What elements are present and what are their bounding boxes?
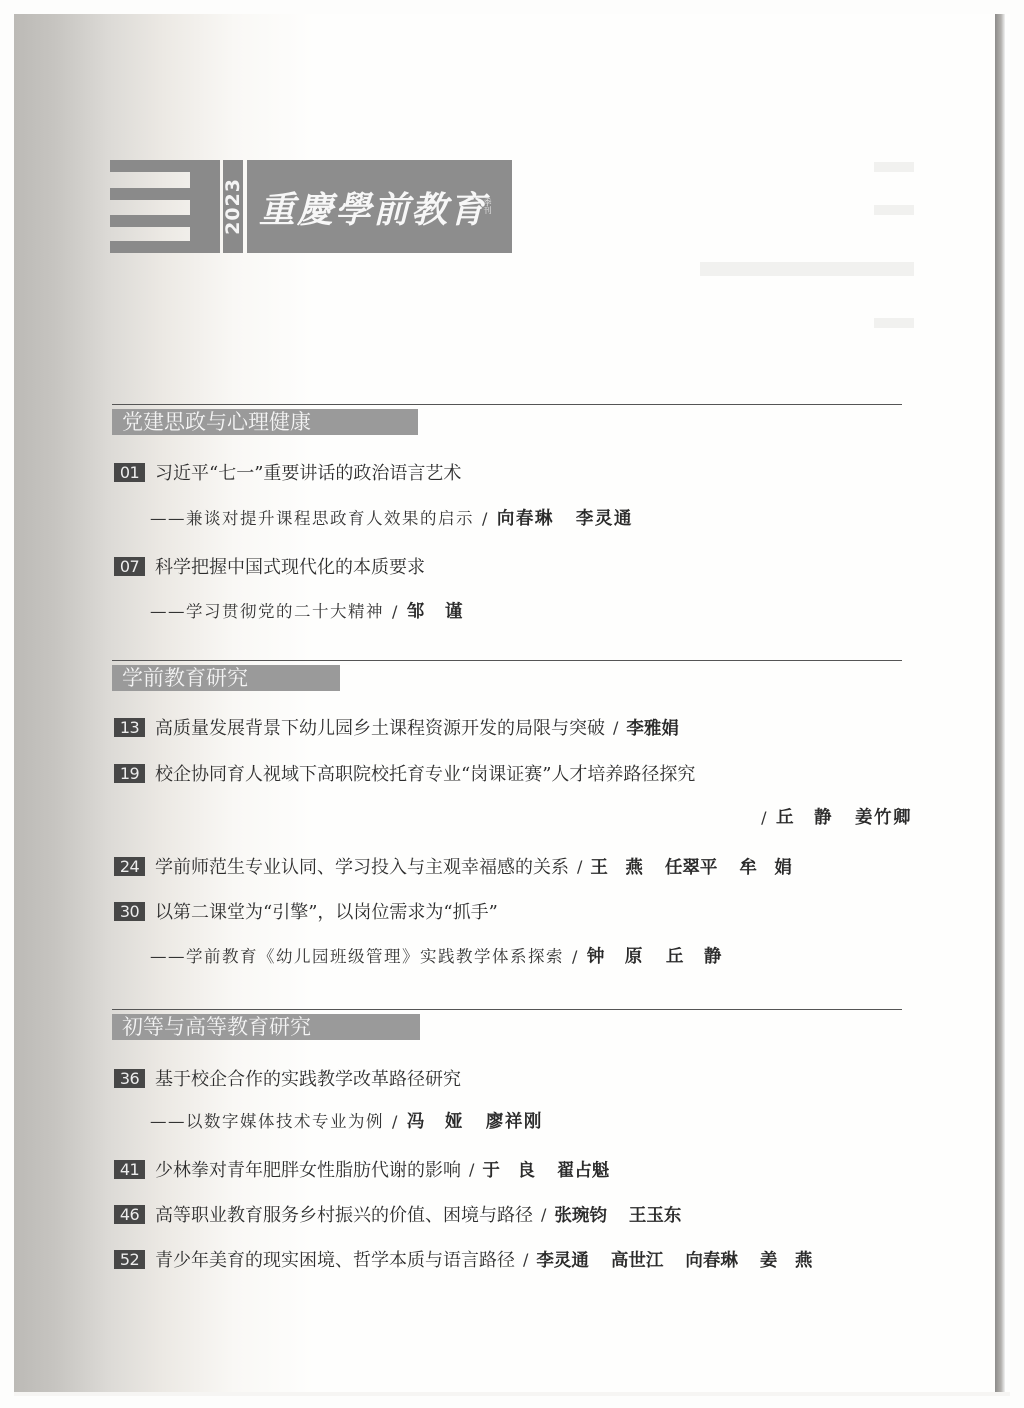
- article-authors: 于 良翟占魁: [482, 1157, 609, 1182]
- author-separator: /: [577, 857, 582, 876]
- toc-entry[interactable]: 41 少林拳对青年肥胖女性脂肪代谢的影响 / 于 良翟占魁: [114, 1156, 609, 1182]
- page-number-badge: 41: [114, 1160, 145, 1179]
- toc-entry[interactable]: 46 高等职业教育服务乡村振兴的价值、困境与路径 / 张琬钧王玉东: [114, 1201, 681, 1227]
- page-number-badge: 19: [114, 764, 145, 783]
- author-name: 丘 静: [666, 947, 723, 967]
- section-heading: 学前教育研究: [112, 665, 340, 691]
- article-authors: 钟 原丘 静: [587, 947, 723, 967]
- author-separator: /: [523, 1250, 528, 1269]
- article-subtitle-line: ——以数字媒体技术专业为例/冯 娅廖祥刚: [150, 1108, 543, 1133]
- author-name: 姜竹卿: [855, 808, 912, 828]
- page-bottom-edge: [14, 1392, 1010, 1396]
- page-number-badge: 30: [114, 902, 145, 921]
- author-name: 于 良: [482, 1161, 535, 1181]
- author-name: 向春琳: [497, 509, 554, 529]
- article-authors-line: /丘 静姜竹卿: [753, 804, 912, 829]
- page-number-badge: 46: [114, 1205, 145, 1224]
- author-name: 李雅娟: [626, 719, 679, 739]
- article-authors: 李雅娟: [626, 715, 679, 740]
- section-rule: [112, 1009, 902, 1010]
- section-heading: 党建思政与心理健康: [112, 409, 418, 435]
- author-name: 邹 谨: [407, 602, 464, 622]
- article-subtitle: ——学习贯彻党的二十大精神: [150, 602, 384, 621]
- year-label: 2023: [223, 160, 243, 253]
- article-authors: 王 燕任翠平牟 娟: [590, 854, 792, 879]
- article-title: 习近平“七一”重要讲话的政治语言艺术: [155, 459, 461, 485]
- author-name: 李灵通: [576, 509, 633, 529]
- show-through-line: [874, 162, 914, 172]
- article-title: 基于校企合作的实践教学改革路径研究: [155, 1065, 461, 1091]
- journal-title-plate: 重慶學前教育 季刊: [247, 160, 512, 253]
- author-name: 钟 原: [587, 947, 644, 967]
- article-title: 高等职业教育服务乡村振兴的价值、困境与路径: [155, 1201, 533, 1227]
- article-title: 高质量发展背景下幼儿园乡土课程资源开发的局限与突破: [155, 714, 605, 740]
- toc-entry[interactable]: 36 基于校企合作的实践教学改革路径研究: [114, 1065, 461, 1091]
- article-title: 以第二课堂为“引擎”，以岗位需求为“抓手”: [155, 898, 498, 924]
- author-name: 王 燕: [590, 858, 643, 878]
- author-name: 冯 娅: [407, 1112, 464, 1132]
- author-separator: /: [572, 947, 579, 966]
- logo-mark-icon: [110, 160, 200, 253]
- toc-entry[interactable]: 01 习近平“七一”重要讲话的政治语言艺术: [114, 459, 461, 485]
- article-subtitle: ——以数字媒体技术专业为例: [150, 1112, 384, 1131]
- show-through-line: [700, 262, 914, 276]
- author-name: 姜 燕: [760, 1251, 813, 1271]
- author-name: 高世江: [611, 1251, 664, 1271]
- author-separator: /: [482, 509, 489, 528]
- toc-entry[interactable]: 24 学前师范生专业认同、学习投入与主观幸福感的关系 / 王 燕任翠平牟 娟: [114, 853, 792, 879]
- page-number-badge: 13: [114, 718, 145, 737]
- author-separator: /: [613, 718, 618, 737]
- article-title: 校企协同育人视域下高职院校托育专业“岗课证赛”人才培养路径探究: [155, 760, 695, 786]
- article-title: 科学把握中国式现代化的本质要求: [155, 553, 425, 579]
- publication-frequency: 季刊: [482, 198, 493, 214]
- author-name: 张琬钧: [554, 1206, 607, 1226]
- author-separator: /: [392, 602, 399, 621]
- author-name: 翟占魁: [557, 1161, 610, 1181]
- show-through-line: [874, 318, 914, 328]
- author-name: 王玉东: [629, 1206, 682, 1226]
- article-authors: 李灵通高世江向春琳姜 燕: [536, 1247, 812, 1272]
- article-subtitle-line: ——兼谈对提升课程思政育人效果的启示/向春琳李灵通: [150, 505, 633, 530]
- article-authors: 向春琳李灵通: [497, 509, 633, 529]
- section-rule: [112, 660, 902, 661]
- section-rule: [112, 404, 902, 405]
- author-name: 李灵通: [536, 1251, 589, 1271]
- journal-name: 重慶學前教育: [259, 182, 487, 233]
- section-heading: 初等与高等教育研究: [112, 1014, 420, 1040]
- article-title: 青少年美育的现实困境、哲学本质与语言路径: [155, 1246, 515, 1272]
- author-name: 廖祥刚: [486, 1112, 543, 1132]
- article-subtitle-line: ——学习贯彻党的二十大精神/邹 谨: [150, 598, 464, 623]
- page-number-badge: 07: [114, 557, 145, 576]
- author-name: 丘 静: [776, 808, 833, 828]
- author-name: 牟 娟: [739, 858, 792, 878]
- author-separator: /: [761, 808, 768, 827]
- article-authors: 丘 静姜竹卿: [776, 808, 912, 828]
- article-subtitle: ——兼谈对提升课程思政育人效果的启示: [150, 509, 474, 528]
- author-separator: /: [541, 1205, 546, 1224]
- author-separator: /: [392, 1112, 399, 1131]
- page-number-badge: 52: [114, 1250, 145, 1269]
- page-number-badge: 01: [114, 463, 145, 482]
- page-edge-shadow: [995, 14, 1005, 1394]
- toc-entry[interactable]: 19 校企协同育人视域下高职院校托育专业“岗课证赛”人才培养路径探究: [114, 760, 695, 786]
- article-authors: 张琬钧王玉东: [554, 1202, 681, 1227]
- toc-entry[interactable]: 52 青少年美育的现实困境、哲学本质与语言路径 / 李灵通高世江向春琳姜 燕: [114, 1246, 812, 1272]
- author-name: 任翠平: [665, 858, 718, 878]
- author-name: 向春琳: [685, 1251, 738, 1271]
- author-separator: /: [469, 1160, 474, 1179]
- article-title: 少林拳对青年肥胖女性脂肪代谢的影响: [155, 1156, 461, 1182]
- journal-masthead: 2023 重慶學前教育 季刊: [110, 160, 512, 253]
- toc-entry[interactable]: 30 以第二课堂为“引擎”，以岗位需求为“抓手”: [114, 898, 498, 924]
- toc-entry[interactable]: 07 科学把握中国式现代化的本质要求: [114, 553, 425, 579]
- article-authors: 冯 娅廖祥刚: [407, 1112, 543, 1132]
- toc-entry[interactable]: 13 高质量发展背景下幼儿园乡土课程资源开发的局限与突破 / 李雅娟: [114, 714, 679, 740]
- article-title: 学前师范生专业认同、学习投入与主观幸福感的关系: [155, 853, 569, 879]
- page-number-badge: 24: [114, 857, 145, 876]
- page-number-badge: 36: [114, 1069, 145, 1088]
- article-subtitle-line: ——学前教育《幼儿园班级管理》实践教学体系探索/钟 原丘 静: [150, 943, 723, 968]
- article-authors: 邹 谨: [407, 602, 464, 622]
- article-subtitle: ——学前教育《幼儿园班级管理》实践教学体系探索: [150, 947, 564, 966]
- show-through-line: [874, 205, 914, 215]
